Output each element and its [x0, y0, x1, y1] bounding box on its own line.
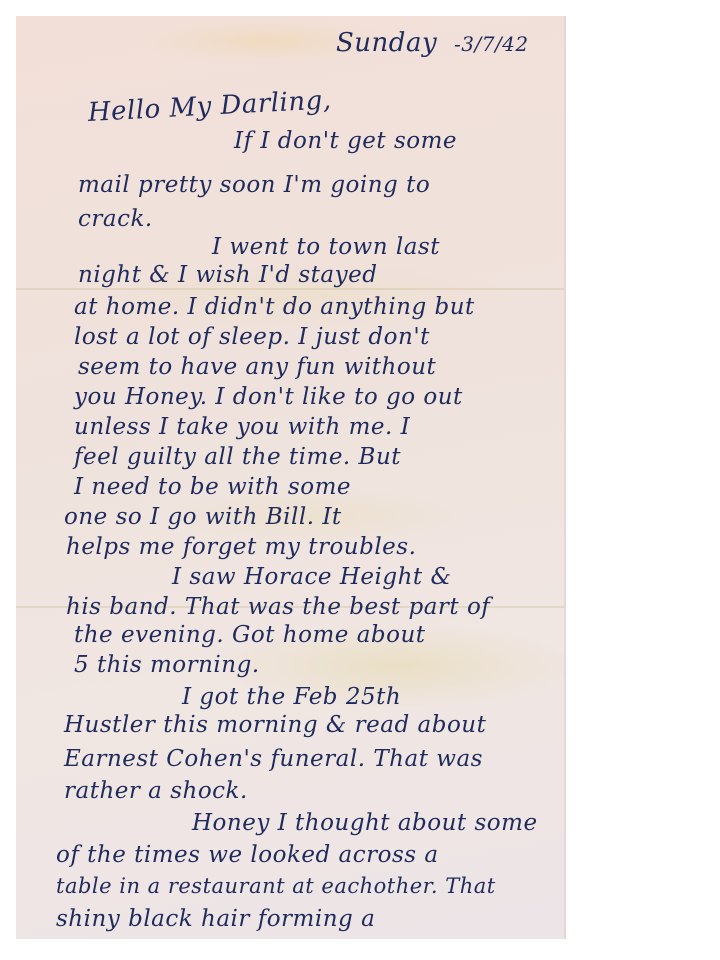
letter-line: unless I take you with me. I	[74, 414, 410, 440]
letter-line: feel guilty all the time. But	[74, 444, 401, 470]
letter-line: I got the Feb 25th	[182, 684, 401, 710]
letter-line: helps me forget my troubles.	[66, 534, 416, 560]
letter-line: 5 this morning.	[74, 652, 260, 678]
letter-line: shiny black hair forming a	[56, 906, 375, 932]
letter-line: table in a restaurant at eachother. That	[56, 874, 496, 898]
letter-line: night & I wish I'd stayed	[78, 262, 377, 288]
letter-line: of the times we looked across a	[56, 842, 439, 868]
letter-line: at home. I didn't do anything but	[74, 294, 475, 320]
letter-line: you Honey. I don't like to go out	[74, 384, 463, 410]
letter-date: -3/7/42	[454, 32, 529, 56]
letter-line: rather a shock.	[64, 778, 248, 804]
letter-line: I need to be with some	[74, 474, 351, 500]
letter-line: lost a lot of sleep. I just don't	[74, 324, 430, 350]
letter-line: one so I go with Bill. It	[64, 504, 342, 530]
letter-line: mail pretty soon I'm going to	[78, 172, 430, 198]
letter-page: Sunday -3/7/42 Hello My Darling, If I do…	[16, 16, 566, 939]
letter-line: crack.	[78, 206, 153, 232]
salutation: Hello My Darling,	[87, 85, 332, 128]
paper-crease	[16, 288, 564, 290]
letter-line: his band. That was the best part of	[66, 594, 490, 620]
letter-line: I saw Horace Height &	[172, 564, 451, 590]
letter-line: the evening. Got home about	[74, 622, 426, 648]
letter-line: Earnest Cohen's funeral. That was	[64, 746, 483, 772]
letter-line: I went to town last	[212, 234, 440, 260]
letter-line: seem to have any fun without	[78, 354, 436, 380]
letter-line: If I don't get some	[234, 128, 457, 154]
letter-line: Hustler this morning & read about	[64, 712, 486, 738]
letter-line: Honey I thought about some	[192, 810, 538, 836]
letter-day: Sunday	[336, 28, 437, 58]
